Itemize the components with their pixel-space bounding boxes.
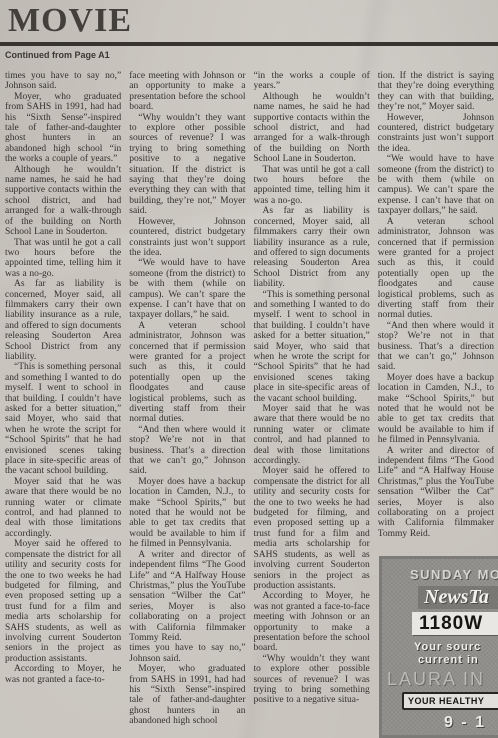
paragraph: tion. If the district is saying that the… (378, 71, 494, 113)
continued-from-line: Continued from Page A1 (5, 50, 110, 60)
paragraph: However, Johnson countered, district bud… (129, 217, 245, 259)
article-column-3: “in the works a couple of years.”Althoug… (254, 71, 370, 738)
paragraph: “in the works a couple of years.” (254, 71, 370, 92)
paragraph: Moyer said he offered to compensate the … (5, 539, 121, 664)
paragraph: A writer and director of independent fil… (378, 446, 494, 540)
paragraph: That was until he got a call two hours b… (254, 165, 370, 207)
paragraph: That was until he got a call two hours b… (5, 238, 121, 280)
paragraph: times you have to say no,” Johnson said. (129, 643, 245, 664)
masthead-rule (0, 42, 498, 46)
paragraph: “Why wouldn’t they want to explore other… (129, 113, 245, 217)
masthead-title: MOVIE (8, 2, 132, 40)
paragraph: According to Moyer, he was not granted a… (254, 591, 370, 653)
paragraph: Moyer, who graduated from SAHS in 1991, … (5, 92, 121, 165)
article-column-1: times you have to say no,” Johnson said.… (5, 71, 121, 738)
paragraph: As far as liability is concerned, Moyer … (5, 279, 121, 362)
ad-tagline-line2: current in (418, 654, 498, 667)
paragraph: Moyer said he offered to compensate the … (254, 466, 370, 591)
ad-program-box: YOUR HEALTHY (402, 692, 498, 710)
paragraph: times you have to say no,” Johnson said. (5, 71, 121, 92)
radio-station-ad: SUNDAY MO NewsTa 1180W Your sourc curren… (379, 556, 498, 738)
paragraph: “We would have to have someone (from the… (129, 258, 245, 320)
paragraph: “This is something personal and somethin… (254, 290, 370, 404)
paragraph: Moyer does have a backup location in Cam… (129, 477, 245, 550)
paragraph: According to Moyer, he was not granted a… (5, 664, 121, 685)
ad-newstalk-band: NewsTa (418, 586, 498, 609)
ad-time-slot: 9 - 1 (444, 714, 498, 732)
paragraph: Moyer said that he was aware that there … (5, 477, 121, 539)
paragraph: A writer and director of independent fil… (129, 550, 245, 644)
ad-host-name: LAURA IN (387, 669, 498, 690)
paragraph: “And then where would it stop? We’re not… (129, 425, 245, 477)
paragraph: Although he wouldn’t name names, he said… (254, 92, 370, 165)
ad-sunday-morning-text: SUNDAY MO (410, 567, 498, 582)
paragraph: Moyer said that he was aware that there … (254, 404, 370, 466)
ad-program-title: YOUR HEALTHY (408, 696, 484, 706)
article-column-2: face meeting with Johnson or an opportun… (129, 71, 245, 738)
paragraph: face meeting with Johnson or an opportun… (129, 71, 245, 113)
ad-newstalk-logo: NewsTa (424, 586, 489, 609)
paragraph: A veteran school administrator, Johnson … (378, 217, 494, 321)
paragraph: However, Johnson countered, district bud… (378, 113, 494, 155)
paragraph: As far as liability is concerned, Moyer … (254, 206, 370, 289)
ad-station-band: 1180W (412, 612, 498, 635)
paragraph: Although he wouldn’t name names, he said… (5, 165, 121, 238)
paragraph: “This is something personal and somethin… (5, 362, 121, 476)
paragraph: A veteran school administrator, Johnson … (129, 321, 245, 425)
ad-station-callsign: 1180W (419, 613, 483, 635)
paragraph: “And then where would it stop? We’re not… (378, 321, 494, 373)
ad-tagline-line1: Your sourc (414, 641, 498, 654)
paragraph: “Why wouldn’t they want to explore other… (254, 654, 370, 706)
paragraph: Moyer does have a backup location in Cam… (378, 373, 494, 446)
paragraph: Moyer, who graduated from SAHS in 1991, … (129, 664, 245, 726)
paragraph: “We would have to have someone (from the… (378, 154, 494, 216)
